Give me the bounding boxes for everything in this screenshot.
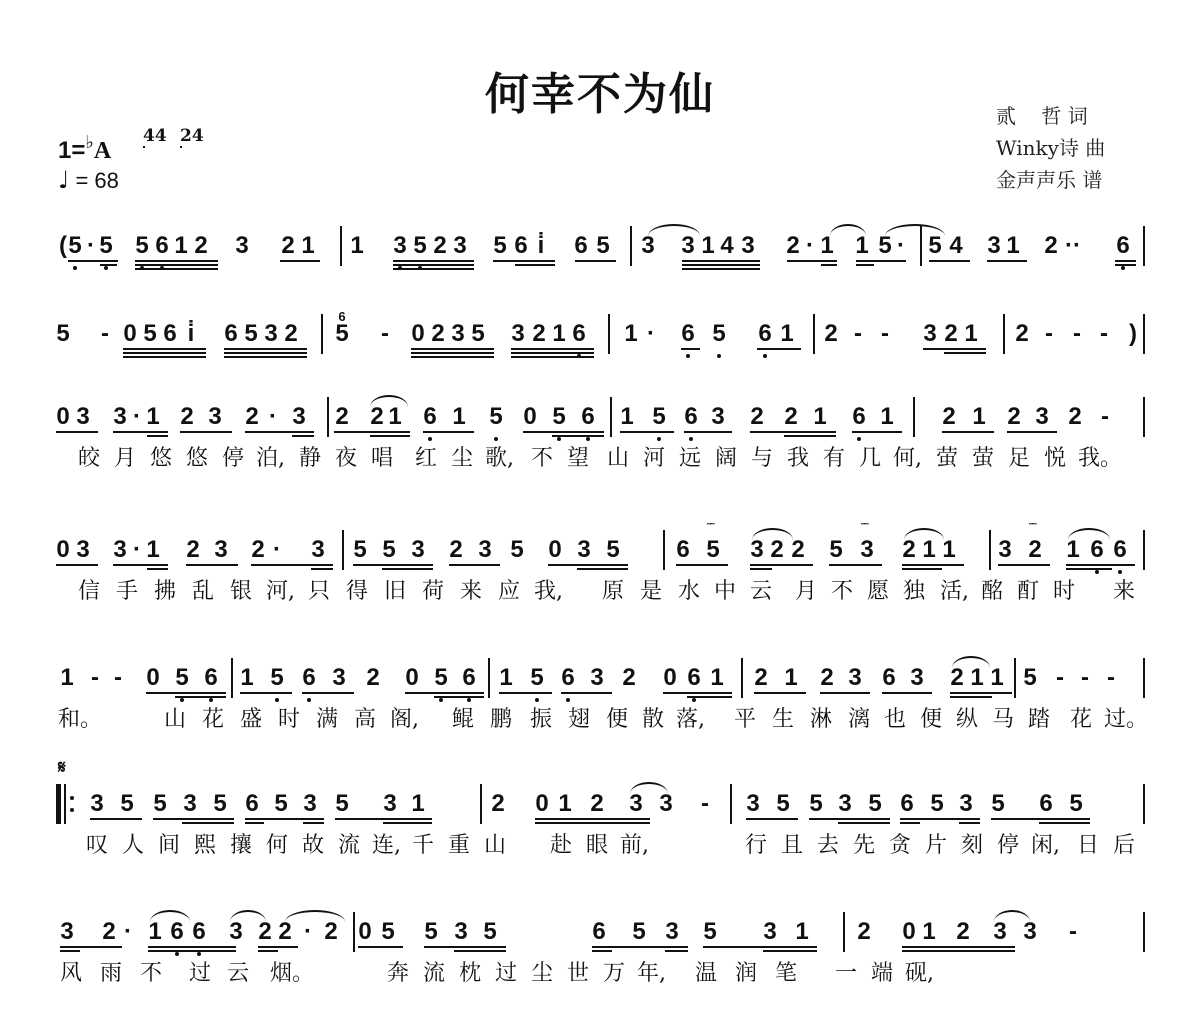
lyric-char: 手 — [114, 574, 140, 605]
barline — [913, 397, 915, 437]
barline — [1143, 784, 1145, 824]
note: - — [376, 320, 394, 348]
note: 1 — [778, 320, 796, 348]
underline-beam — [454, 950, 506, 952]
underline-beam — [147, 568, 168, 570]
lyric-char: 温 — [693, 956, 719, 987]
note: 6 — [1114, 232, 1132, 260]
lyric-char: 一 — [833, 956, 859, 987]
underline-beam — [60, 950, 80, 952]
lyric-char: 间 — [156, 828, 182, 859]
underline-beam — [224, 348, 307, 350]
underline-beam — [148, 946, 236, 948]
underline-beam — [592, 950, 612, 952]
time-top: 4 — [143, 126, 155, 146]
note: 3 — [1033, 403, 1051, 431]
barline — [843, 912, 845, 952]
note: 1 — [962, 320, 980, 348]
note: - — [1040, 320, 1058, 348]
time-bottom: 4 — [192, 126, 204, 146]
underline-beam — [245, 822, 264, 824]
note: 1 — [146, 918, 164, 946]
barline — [730, 784, 732, 824]
note: 6 — [572, 232, 590, 260]
lyric-char: 我。 — [1078, 441, 1104, 472]
underline-beam — [787, 260, 837, 262]
note: 5 — [1067, 790, 1085, 818]
underline-beam — [757, 348, 801, 350]
note: 5 — [594, 232, 612, 260]
lyric-char: 皎 — [76, 441, 102, 472]
lyric-char: 赴 — [548, 828, 574, 859]
lyric-char: 过 — [187, 956, 213, 987]
note: 3 — [74, 403, 92, 431]
lyric-char: 红 — [413, 441, 439, 472]
note: 1 — [988, 664, 1006, 692]
lyric-char: 满 — [314, 702, 340, 733]
lyric-char: 得 — [344, 574, 370, 605]
note: 3 — [739, 232, 757, 260]
repeat-barline-thin — [64, 784, 66, 824]
underline-beam — [493, 260, 555, 262]
note: 6 — [756, 320, 774, 348]
barline — [663, 530, 665, 570]
barline — [488, 658, 490, 698]
lyric-char: 悠 — [184, 441, 210, 472]
lyric-char: 花 — [200, 702, 226, 733]
note: 2 — [855, 918, 873, 946]
note: · — [264, 403, 282, 431]
lyric-char: 河 — [641, 441, 667, 472]
lyric-char: 信 — [76, 574, 102, 605]
note: 6 — [570, 320, 588, 348]
low-octave-dot — [307, 698, 311, 702]
lyric-char: 重 — [446, 828, 472, 859]
barline — [1143, 397, 1145, 437]
note: 5 — [701, 918, 719, 946]
underline-beam — [750, 568, 772, 570]
note: 2 — [282, 320, 300, 348]
underline-beam — [620, 431, 674, 433]
underline-beam — [1007, 431, 1057, 433]
note: 3 — [181, 790, 199, 818]
underline-beam — [902, 946, 1015, 948]
lyric-char: 烟。 — [270, 956, 296, 987]
slur-arc — [1068, 528, 1110, 540]
note: - — [876, 320, 894, 348]
underline-beam — [224, 352, 307, 354]
underline-beam — [535, 822, 650, 824]
lyric-char: 萤 — [970, 441, 996, 472]
note: 0 — [403, 664, 421, 692]
lyric-char: 也 — [882, 702, 908, 733]
lyric-char: 我, — [534, 574, 560, 605]
note: · — [642, 320, 660, 348]
lyric-char: 与 — [749, 441, 775, 472]
note: 2 — [784, 232, 802, 260]
score-line: (5·556123211352356i̇65331432·115·54312··… — [0, 232, 1200, 312]
lyric-char: 酩 — [979, 574, 1005, 605]
trill-mark: ˜˜ — [707, 522, 714, 534]
note: 3 — [996, 536, 1014, 564]
note: 2 — [822, 320, 840, 348]
underline-beam — [548, 564, 628, 566]
note: 6 — [421, 403, 439, 431]
underline-beam — [135, 268, 218, 270]
note: 5 — [528, 664, 546, 692]
trill-mark: ˜˜ — [1029, 522, 1036, 534]
note: 0 — [144, 664, 162, 692]
underline-beam — [240, 692, 292, 694]
score-line: 32·166322·205535653531201233-风雨不过云烟。奔流枕过… — [0, 918, 1200, 998]
underline-beam — [821, 264, 837, 266]
lyric-char: 时 — [1051, 574, 1077, 605]
lyric-char: 不 — [138, 956, 164, 987]
note: · — [268, 536, 286, 564]
lyric-char: 何, — [893, 441, 919, 472]
barline — [353, 912, 355, 952]
underline-beam — [245, 431, 314, 433]
note: 1 — [782, 664, 800, 692]
barline — [630, 226, 632, 266]
note: 1 — [556, 790, 574, 818]
slur-arc — [952, 656, 990, 668]
note: 1 — [818, 232, 836, 260]
lyric-char: 愿 — [865, 574, 891, 605]
slur-arc — [752, 528, 793, 540]
lyric-char: 刻 — [959, 828, 985, 859]
note: 3 — [957, 790, 975, 818]
barline — [1143, 912, 1145, 952]
note: 5 — [807, 790, 825, 818]
underline-beam — [68, 260, 118, 262]
note: 3 — [290, 403, 308, 431]
lyric-char: 踏 — [1026, 702, 1052, 733]
underline-beam — [90, 818, 142, 820]
barline — [1003, 314, 1005, 354]
underline-beam — [258, 946, 298, 948]
note: 6 — [222, 320, 240, 348]
note: 6 — [898, 790, 916, 818]
note: 0 — [521, 403, 539, 431]
lyric-char: 过 — [493, 956, 519, 987]
note: 3 — [588, 664, 606, 692]
lyric-char: 鹏 — [488, 702, 514, 733]
note: 5 — [550, 403, 568, 431]
note: 5 — [604, 536, 622, 564]
note: 1 — [811, 403, 829, 431]
note: - — [1051, 664, 1069, 692]
segno-icon: 𝄋 — [58, 757, 66, 778]
repeat-barline-thick — [56, 784, 61, 824]
underline-beam — [950, 696, 992, 698]
underline-beam — [511, 348, 594, 350]
note: 2 — [489, 790, 507, 818]
lyric-char: 拂 — [152, 574, 178, 605]
underline-beam — [311, 568, 333, 570]
note: 3 — [709, 403, 727, 431]
note: 3 — [836, 790, 854, 818]
key-prefix: 1= — [58, 137, 85, 164]
note: 3 — [111, 403, 129, 431]
note: 5 — [211, 790, 229, 818]
note: 2 — [1026, 536, 1044, 564]
underline-beam — [334, 431, 410, 433]
note: 6 — [460, 664, 478, 692]
note: 6 — [679, 320, 697, 348]
slur-arc — [904, 528, 944, 540]
low-octave-dot — [1095, 570, 1099, 574]
note: 2 — [789, 536, 807, 564]
underline-beam — [60, 946, 122, 948]
slur-arc — [885, 224, 945, 236]
lyric-char: 且 — [779, 828, 805, 859]
underline-beam — [224, 356, 307, 358]
barline — [608, 314, 610, 354]
note: - — [86, 664, 104, 692]
note: 5 — [481, 918, 499, 946]
underline-beam — [987, 260, 1027, 262]
note: 0 — [54, 536, 72, 564]
lyric-char: 停 — [220, 441, 246, 472]
lyric-char: 便 — [918, 702, 944, 733]
note: 3 — [330, 664, 348, 692]
lyric-char: 唱 — [369, 441, 395, 472]
note: 6 — [880, 664, 898, 692]
underline-beam — [902, 564, 964, 566]
transcriber-credit: 金声声乐 谱 — [996, 164, 1105, 196]
note: 6 — [850, 403, 868, 431]
lyric-char: 和。 — [58, 702, 84, 733]
barline — [340, 226, 342, 266]
underline-beam — [511, 352, 594, 354]
lyric-char: 熙 — [192, 828, 218, 859]
underline-beam — [123, 356, 206, 358]
underline-beam — [829, 564, 882, 566]
note: 2 — [768, 536, 786, 564]
lyric-char: 流 — [336, 828, 362, 859]
note: 0 — [121, 320, 139, 348]
note: 3 — [657, 790, 675, 818]
lyric-char: 落, — [676, 702, 702, 733]
underline-beam — [923, 348, 986, 350]
low-octave-dot — [439, 698, 443, 702]
lyric-char: 枕 — [457, 956, 483, 987]
time-top: 2 — [180, 126, 192, 146]
lyric-char: 漓 — [846, 702, 872, 733]
note: 5 — [351, 536, 369, 564]
note: 6 — [685, 664, 703, 692]
lyric-char: 流 — [421, 956, 447, 987]
underline-beam — [750, 564, 813, 566]
note: 2 — [368, 403, 386, 431]
note: 1 — [920, 536, 938, 564]
underline-beam — [900, 822, 920, 824]
lyric-char: 生 — [770, 702, 796, 733]
lyric-char: 悦 — [1042, 441, 1068, 472]
underline-beam — [175, 696, 226, 698]
note: 1 — [238, 664, 256, 692]
lyric-char: 片 — [923, 828, 949, 859]
low-octave-dot — [104, 266, 108, 270]
underline-beam — [393, 268, 474, 270]
note: 6 — [300, 664, 318, 692]
note: 5 — [491, 232, 509, 260]
lyric-char: 只 — [306, 574, 332, 605]
lyric-char: 鲲 — [450, 702, 476, 733]
underline-beam — [682, 260, 760, 262]
note: 1 — [144, 536, 162, 564]
note: 5 — [650, 403, 668, 431]
note: 5 — [508, 536, 526, 564]
note: 2 — [940, 403, 958, 431]
underline-beam — [146, 692, 226, 694]
underline-beam — [676, 564, 728, 566]
underline-beam — [499, 692, 552, 694]
lyric-char: 散 — [640, 702, 666, 733]
note: 1 — [348, 232, 366, 260]
repeat-dot — [70, 796, 74, 800]
note: 5 — [1021, 664, 1039, 692]
underline-beam — [592, 946, 688, 948]
note: 2 — [1066, 403, 1084, 431]
slur-arc — [830, 224, 866, 236]
note: 3 — [391, 232, 409, 260]
note: 5 — [926, 232, 944, 260]
underline-beam — [820, 692, 870, 694]
low-octave-dot — [175, 952, 179, 956]
lyric-char: 荷 — [420, 574, 446, 605]
underline-beam — [682, 268, 760, 270]
underline-beam — [302, 692, 354, 694]
lyric-char: 眼 — [584, 828, 610, 859]
flat-icon: ♭ — [85, 132, 94, 153]
note: 2 — [333, 403, 351, 431]
note: 3 — [627, 790, 645, 818]
note: 6 — [1088, 536, 1106, 564]
underline-beam — [902, 950, 1015, 952]
barline — [741, 658, 743, 698]
note: 0 — [356, 918, 374, 946]
note: 5 — [333, 790, 351, 818]
note: 3 — [452, 918, 470, 946]
underline-beam — [153, 818, 234, 820]
underline-beam — [449, 564, 500, 566]
note: 1 — [409, 790, 427, 818]
note: 2 — [100, 918, 118, 946]
note: 3 — [575, 536, 593, 564]
lyric-char: 静 — [297, 441, 323, 472]
underline-beam — [100, 264, 117, 266]
barline — [1143, 658, 1145, 698]
note: 3 — [663, 918, 681, 946]
lyric-char: 攘 — [228, 828, 254, 859]
note: 5 — [141, 320, 159, 348]
lyric-char: 便 — [604, 702, 630, 733]
note: 4 — [947, 232, 965, 260]
underline-beam — [1066, 568, 1112, 570]
underline-beam — [251, 564, 333, 566]
note: 5 — [333, 320, 351, 348]
lyric-char: 足 — [1006, 441, 1032, 472]
underline-beam — [405, 692, 484, 694]
note: 3 — [639, 232, 657, 260]
note: 5 — [242, 320, 260, 348]
slur-arc — [994, 910, 1030, 922]
underline-beam — [383, 822, 432, 824]
note: 1 — [968, 664, 986, 692]
slur-arc — [230, 910, 266, 922]
underline-beam — [684, 431, 732, 433]
barline — [610, 397, 612, 437]
underline-beam — [511, 356, 594, 358]
score-line: 1--05615632056156320612123632115---和。山花盛… — [0, 664, 1200, 744]
note: · — [801, 232, 819, 260]
underline-beam — [423, 431, 474, 433]
note: 3 — [262, 320, 280, 348]
lyric-char: 不 — [829, 574, 855, 605]
note: 5 — [118, 790, 136, 818]
repeat-dot — [70, 808, 74, 812]
note: 5 — [710, 320, 728, 348]
note: 5 — [133, 232, 151, 260]
note: - — [849, 320, 867, 348]
note: 1 — [386, 403, 404, 431]
note: 5 — [928, 790, 946, 818]
lyric-char: 千 — [410, 828, 436, 859]
grace-note: 6 — [333, 310, 351, 324]
lyric-char: 几 — [857, 441, 883, 472]
note: 0 — [409, 320, 427, 348]
lyric-char: 停 — [995, 828, 1021, 859]
note: 5 — [268, 664, 286, 692]
tempo-value: = 68 — [75, 168, 118, 193]
lyric-char: 望 — [565, 441, 591, 472]
note: 2 — [447, 536, 465, 564]
note: 4 — [718, 232, 736, 260]
lyric-char: 故 — [300, 828, 326, 859]
lyric-char: 时 — [276, 702, 302, 733]
lyric-char: 世 — [565, 956, 591, 987]
note: 2 — [276, 918, 294, 946]
note: 2 — [818, 664, 836, 692]
note: 3 — [233, 232, 251, 260]
note: 6 — [168, 918, 186, 946]
underline-beam — [393, 260, 474, 262]
lyric-char: 原 — [600, 574, 626, 605]
lyric-char: 活, — [940, 574, 966, 605]
note: 2 — [942, 320, 960, 348]
note: 1 — [1064, 536, 1082, 564]
note: ·· — [1064, 232, 1082, 260]
note: 3 — [476, 536, 494, 564]
lyric-char: 歌, — [485, 441, 511, 472]
note: 6 — [153, 232, 171, 260]
barline — [342, 530, 344, 570]
lyric-char: 后 — [1111, 828, 1137, 859]
note: 0 — [546, 536, 564, 564]
note: 1 — [853, 232, 871, 260]
lyric-char: 不 — [529, 441, 555, 472]
lyric-char: 酊 — [1015, 574, 1041, 605]
underline-beam — [575, 260, 616, 262]
note: 3 — [744, 790, 762, 818]
lyric-char: 萤 — [934, 441, 960, 472]
key-note: A — [94, 138, 111, 164]
lyric-char: 闲, — [1031, 828, 1057, 859]
lyric-char: 月 — [112, 441, 138, 472]
barline — [480, 784, 482, 824]
